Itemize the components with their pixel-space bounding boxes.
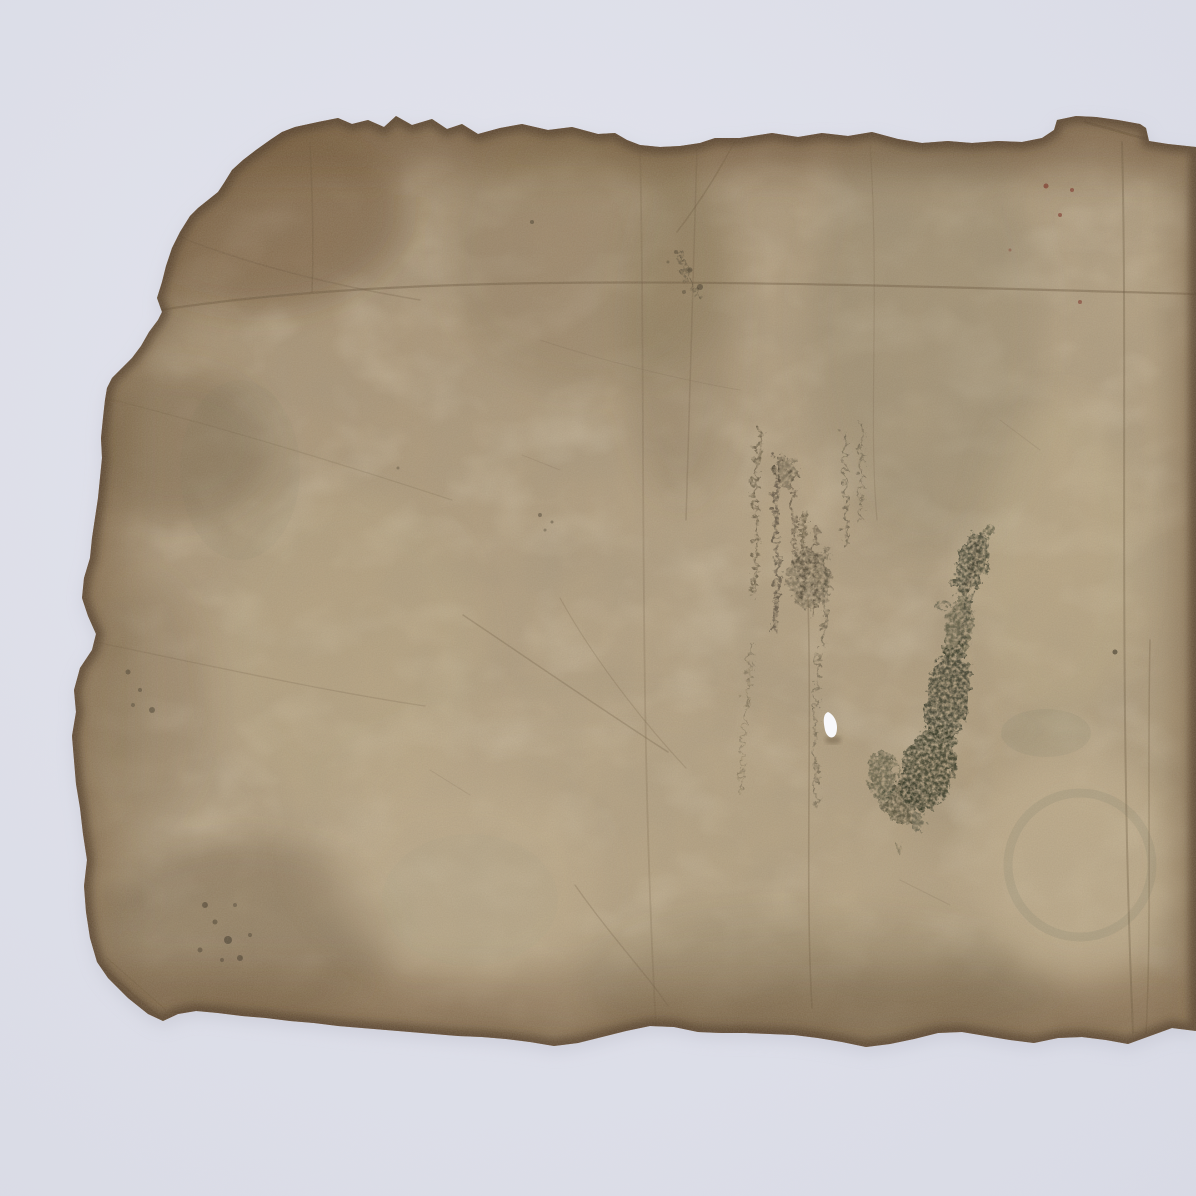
paper-fragment — [55, 100, 1196, 1065]
paper-texture — [55, 100, 1196, 1065]
paper-grain-light — [55, 105, 1196, 1065]
scene-canvas — [0, 0, 1196, 1196]
photo-aged-paper — [0, 0, 1196, 1196]
